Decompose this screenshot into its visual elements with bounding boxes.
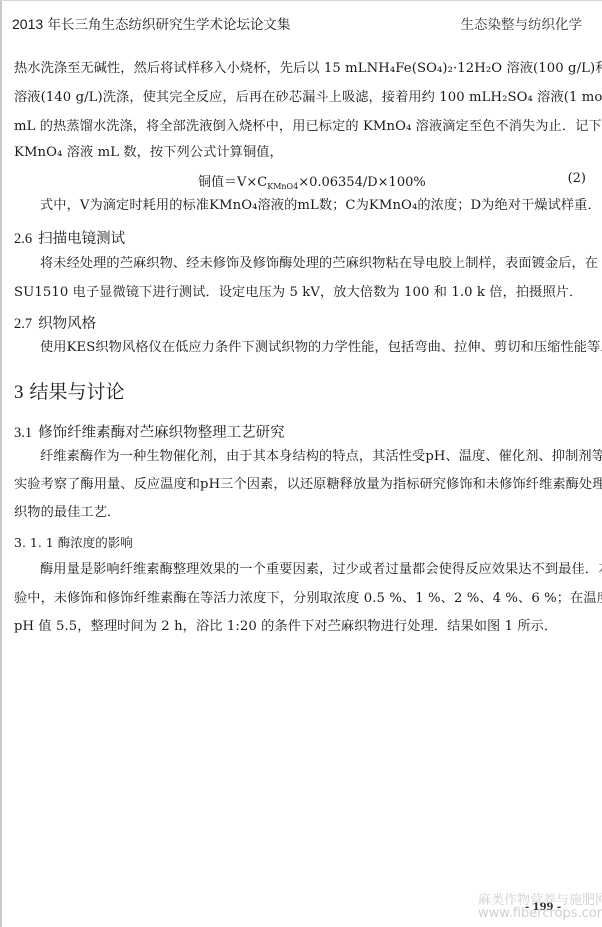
paragraph-line: mL 的热蒸馏水洗涤，将全部洗液倒入烧杯中，用已标定的 KMnO₄ 溶液滴定至色… <box>14 118 592 136</box>
section-heading-2-7: 2.7织物风格 <box>14 312 96 333</box>
copper-value-formula: 铜值＝V×CKMnO4×0.06354/D×100% <box>198 171 426 190</box>
formula-rhs: ×0.06354/D×100% <box>298 175 426 190</box>
section-title: 结果与讨论 <box>30 381 125 403</box>
section-heading-2-6: 2.6扫描电镜测试 <box>14 227 125 248</box>
section-number: 3.1 <box>14 425 32 441</box>
paragraph-line: 酶用量是影响纤维素酶整理效果的一个重要因素，过少或者过量都会使得反应效果达不到最… <box>14 561 592 579</box>
paragraph-line: 溶液(140 g/L)洗涤，使其完全反应，后再在砂芯漏斗上吸滤，接着用约 100… <box>14 89 592 107</box>
section-number: 3. 1. 1 <box>14 535 54 550</box>
header-section-title: 生态染整与纺织化学 <box>461 13 583 33</box>
paragraph-line: 实验考察了酶用量、反应温度和pH三个因素，以还原糖释放量为指标研究修饰和未修饰纤… <box>14 476 592 494</box>
chapter-heading-3: 3 结果与讨论 <box>14 377 125 404</box>
paragraph-line: 纤维素酶作为一种生物催化剂，由于其本身结构的特点，其活性受pH、温度、催化剂、抑… <box>14 448 592 466</box>
section-heading-3-1: 3.1修饰纤维素酶对苎麻织物整理工艺研究 <box>14 421 285 442</box>
paragraph-line: 将未经处理的苎麻织物、经未修饰及修饰酶处理的苎麻织物粘在导电胶上制样，表面镀金后… <box>14 255 592 273</box>
equation-number: (2) <box>568 171 586 186</box>
paragraph-line: 织物的最佳工艺． <box>14 504 592 522</box>
formula-subscript: KMnO4 <box>267 182 298 191</box>
paragraph-line: SU1510 电子显微镜下进行测试．设定电压为 5 kV，放大倍数为 100 和… <box>14 284 592 302</box>
formula-note: 式中，V为滴定时耗用的标准KMnO₄溶液的mL数；C为KMnO₄的浓度；D为绝对… <box>14 197 592 215</box>
section-title: 织物风格 <box>38 316 96 332</box>
paragraph-line: pH 值 5.5，整理时间为 2 h，浴比 1:20 的条件下对苎麻织物进行处理… <box>14 618 592 636</box>
section-number: 3 <box>14 382 24 403</box>
paragraph-line: 热水洗涤至无碱性，然后将试样移入小烧杯，先后以 15 mLNH₄Fe(SO₄)₂… <box>14 60 592 78</box>
page-number: - 199 - <box>525 902 561 913</box>
section-title: 扫描电镜测试 <box>38 231 125 247</box>
running-header: 2013 年长三角生态纺织研究生学术论坛论文集 生态染整与纺织化学 <box>12 13 592 33</box>
document-page: 2013 年长三角生态纺织研究生学术论坛论文集 生态染整与纺织化学 热水洗涤至无… <box>0 0 602 927</box>
paragraph-line: KMnO₄ 溶液 mL 数，按下列公式计算铜值， <box>14 144 592 162</box>
header-proceedings-title: 2013 年长三角生态纺织研究生学术论坛论文集 <box>12 13 290 33</box>
section-title: 修饰纤维素酶对苎麻织物整理工艺研究 <box>38 425 285 441</box>
header-title-text: 年长三角生态纺织研究生学术论坛论文集 <box>43 17 290 33</box>
subsection-heading-3-1-1: 3. 1. 1 酶浓度的影响 <box>14 533 133 551</box>
header-year: 2013 <box>12 16 43 32</box>
paragraph-line: 使用KES织物风格仪在低应力条件下测试织物的力学性能，包括弯曲、拉伸、剪切和压缩… <box>14 339 592 357</box>
section-number: 2.6 <box>14 231 32 247</box>
section-number: 2.7 <box>14 316 32 332</box>
formula-lhs: 铜值＝V×C <box>198 175 267 190</box>
section-title: 酶浓度的影响 <box>58 535 133 550</box>
paragraph-line: 验中，未修饰和修饰纤维素酶在等活力浓度下，分别取浓度 0.5 %、1 %、2 %… <box>14 590 592 608</box>
